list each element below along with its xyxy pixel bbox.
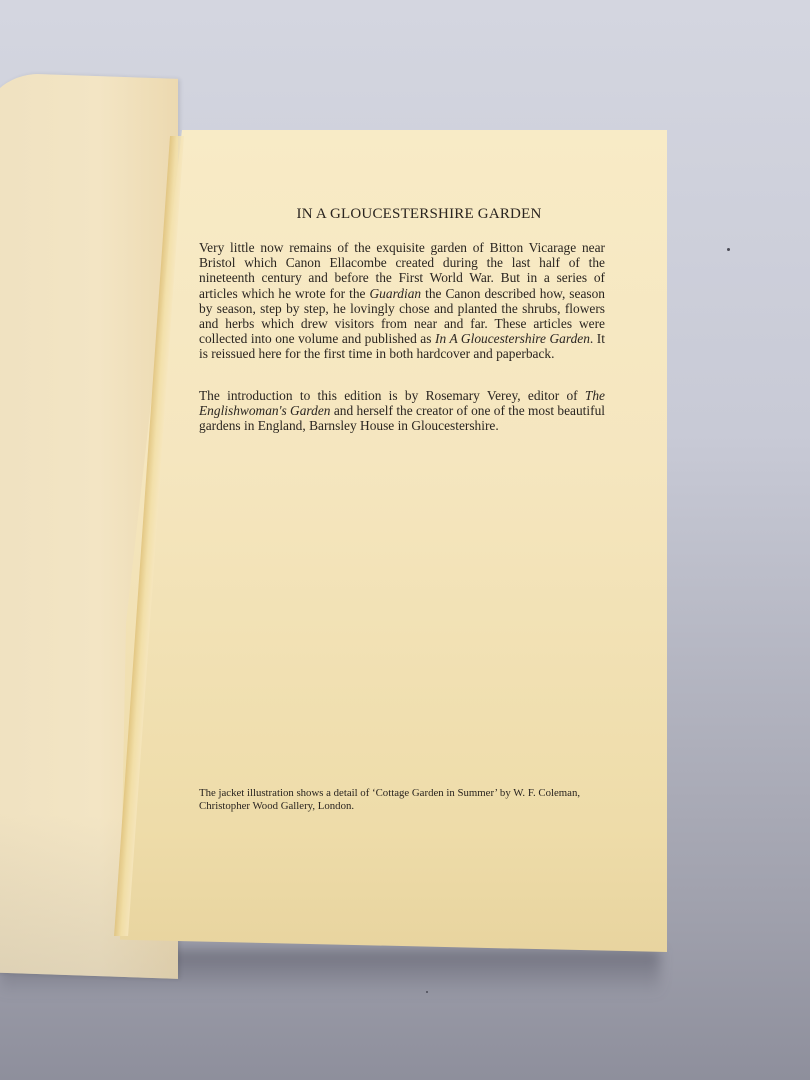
description-paragraph: Very little now remains of the exquisite… (199, 240, 605, 362)
text-segment: The introduction to this edition is by R… (199, 388, 585, 403)
page-title: IN A GLOUCESTERSHIRE GARDEN (199, 206, 639, 223)
dust-speck (426, 991, 428, 993)
introduction-paragraph: The introduction to this edition is by R… (199, 388, 605, 434)
book-title: In A Gloucestershire Garden (435, 331, 590, 346)
newspaper-title: Guardian (370, 286, 422, 301)
dust-speck (727, 248, 730, 251)
jacket-credit: The jacket illustration shows a detail o… (199, 787, 629, 813)
